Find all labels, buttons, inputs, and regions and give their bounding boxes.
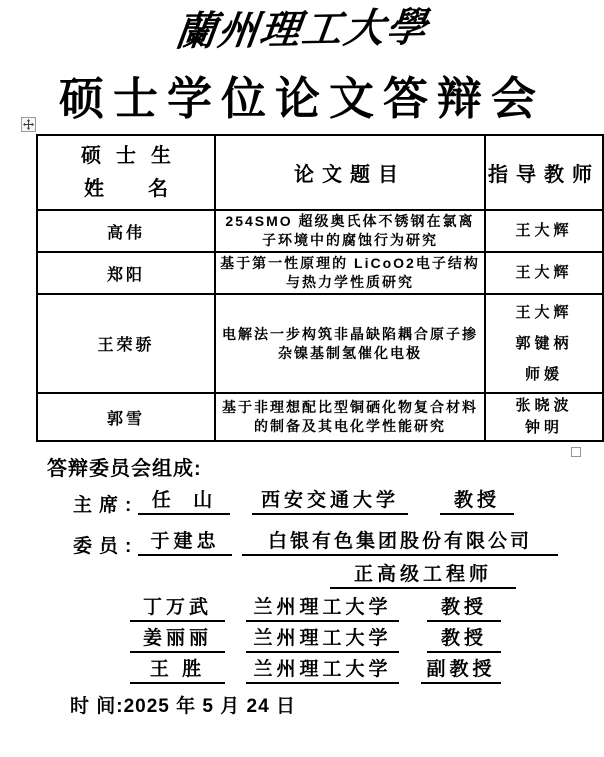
member-name-field: 王 胜 [130,658,225,684]
move-arrows-icon [23,119,34,130]
thesis-title-cell: 基于非理想配比型铜硒化物复合材料的制备及其电化学性能研究 [215,393,485,441]
thesis-title-cell: 电解法一步构筑非晶缺陷耦合原子掺杂镍基制氢催化电极 [215,294,485,393]
member-name-field: 丁万武 [130,596,225,622]
member-affiliation-field: 兰州理工大学 [246,658,399,684]
student-name-cell: 高伟 [37,210,215,252]
header-advisor: 指导教师 [485,135,603,210]
chair-label: 主席: [73,490,138,517]
table-row: 王荣骄 电解法一步构筑非晶缺陷耦合原子掺杂镍基制氢催化电极 王大辉 郭键柄 师媛 [37,294,603,393]
member-affiliation-field: 兰州理工大学 [246,627,399,653]
advisor-name: 钟明 [488,417,600,439]
table-row: 高伟 254SMO 超级奥氏体不锈钢在氯离子环境中的腐蚀行为研究 王大辉 [37,210,603,252]
date-line: 时 间:2025 年 5 月 24 日 [70,691,296,718]
advisor-name: 郭键柄 [488,328,600,359]
advisor-name: 王大辉 [488,220,600,242]
advisor-name: 张晓波 [488,395,600,417]
member-name-field: 姜丽丽 [130,627,225,653]
committee-heading: 答辩委员会组成: [47,452,202,481]
member-title-field: 教授 [427,596,501,622]
advisor-name: 王大辉 [488,262,600,284]
header-thesis-title: 论文题目 [215,135,485,210]
document-page: 蘭州理工大學 硕士学位论文答辩会 硕士生 姓名 论文题目 指导教师 高伟 254… [0,0,604,757]
member-affiliation-field: 兰州理工大学 [246,596,399,622]
header-student-name: 硕士生 姓名 [37,135,215,210]
member-title-field: 副教授 [421,658,501,684]
member-title-field: 教授 [427,627,501,653]
table-row: 郑阳 基于第一性原理的 LiCoO2电子结构与热力学性质研究 王大辉 [37,252,603,294]
table-header-row: 硕士生 姓名 论文题目 指导教师 [37,135,603,210]
header-student-name-line1: 硕士生 [55,140,212,173]
student-name-cell: 郭雪 [37,393,215,441]
advisor-cell: 张晓波 钟明 [485,393,603,441]
thesis-title-cell: 254SMO 超级奥氏体不锈钢在氯离子环境中的腐蚀行为研究 [215,210,485,252]
defense-table: 硕士生 姓名 论文题目 指导教师 高伟 254SMO 超级奥氏体不锈钢在氯离子环… [36,134,604,442]
chair-title-field: 教授 [440,489,514,515]
student-name-cell: 郑阳 [37,252,215,294]
advisor-name: 师媛 [488,359,600,390]
advisor-name: 王大辉 [488,297,600,328]
thesis-title-cell: 基于第一性原理的 LiCoO2电子结构与热力学性质研究 [215,252,485,294]
page-title: 硕士学位论文答辩会 [0,62,604,127]
table-row: 郭雪 基于非理想配比型铜硒化物复合材料的制备及其电化学性能研究 张晓波 钟明 [37,393,603,441]
member-affiliation-field: 白银有色集团股份有限公司 [242,530,558,556]
chair-affiliation-field: 西安交通大学 [252,489,408,515]
table-move-handle[interactable] [21,117,36,132]
advisor-cell: 王大辉 [485,210,603,252]
member-name-field: 于建忠 [138,530,232,556]
student-name-cell: 王荣骄 [37,294,215,393]
advisor-cell: 王大辉 郭键柄 师媛 [485,294,603,393]
header-student-name-line2: 姓名 [84,173,212,206]
advisor-cell: 王大辉 [485,252,603,294]
table-resize-handle[interactable] [571,447,581,457]
member-title-field: 正高级工程师 [330,563,516,589]
chair-name-field: 任 山 [138,489,230,515]
member-label: 委员: [73,531,138,558]
university-logo-calligraphy: 蘭州理工大學 [0,0,604,63]
